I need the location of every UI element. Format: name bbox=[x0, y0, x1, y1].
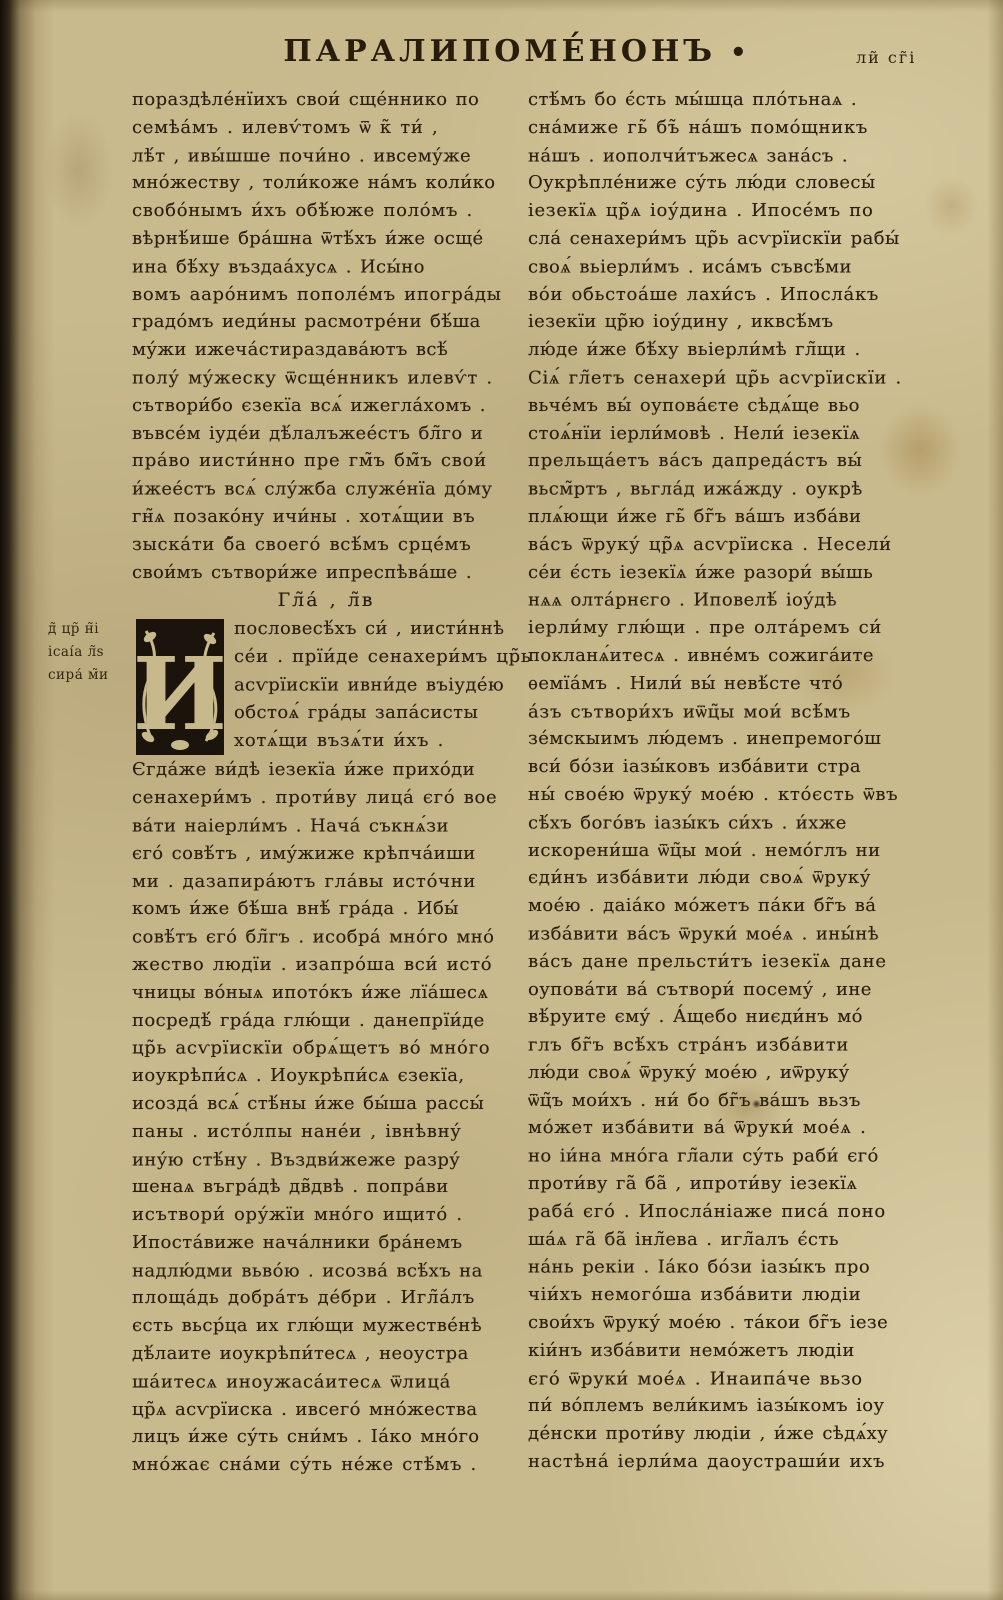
text-line: пораздѣле́нїихъ свои́ сще́ннико по bbox=[132, 86, 520, 114]
folio-number: ли̃ сг̃і bbox=[856, 48, 946, 67]
left-column-top-text: пораздѣле́нїихъ свои́ сще́ннико посемѣа́… bbox=[132, 86, 520, 586]
text-line: се́и . прїи́де сенахери́мъ цр̃ь bbox=[234, 643, 520, 671]
paper-stain bbox=[44, 110, 114, 230]
text-line: кіи́нъ изба́вити немо́жетъ людіи bbox=[528, 1337, 912, 1365]
text-line: стоѧ́нїи іерли́мовѣ . Нели́ іезекїѧ bbox=[528, 420, 912, 448]
text-line: во́и обьстоа́ше лахи́съ . Ипосла́къ bbox=[528, 281, 912, 309]
text-line: а́зъ сътвори́хъ иѿц̃ы мои́ всѣ́мъ bbox=[528, 698, 912, 726]
text-line: свобо́нымъ и́хъ обѣ́юже поло́мъ . bbox=[132, 197, 520, 225]
text-line: Сіѧ́ гл̃етъ сенахери́ цр̃ь асѵрїискїи . bbox=[528, 364, 912, 392]
chapter-heading: Гл̃а́ , л̃в bbox=[132, 586, 520, 615]
text-line: прельща́етъ ва́съ дапреда́стъ вы́ bbox=[528, 447, 912, 475]
margin-reference-line: ісаі́а л̃ѕ bbox=[48, 641, 132, 664]
text-line: градо́мъ иеди́ны расмотре́ни бѣ́ша bbox=[132, 308, 520, 336]
text-line: єго́ совѣ́тъ , иму́жиже крѣпча́иши bbox=[132, 840, 520, 868]
text-line: изба́вити ва́съ ѿруки́ мое́ѧ . ины́нѣ bbox=[528, 920, 912, 948]
text-line: площа́дь добра́тъ де́бри . Игл̃а́лъ bbox=[132, 1284, 520, 1312]
text-line: Єгда́же ви́дѣ іезекїа и́же прихо́ди bbox=[132, 756, 520, 784]
text-line: де́нски проти́ву людіи , и́же сѣдѧ́ху bbox=[528, 1420, 912, 1448]
text-line: мно́жає сна́ми су́ть не́же стѣ́мъ . bbox=[132, 1451, 520, 1479]
right-column: стѣ́мъ бо є́сть мы́шца пло́тьнаѧ .сна́ми… bbox=[528, 86, 912, 1476]
text-line: чіи́хъ немого́ша изба́вити людіи bbox=[528, 1281, 912, 1309]
text-line: се́и є́сть іезекїѧ и́же разори́ вы́шь bbox=[528, 559, 912, 587]
text-line: іерли́му глю́щи . пре олта́ремъ си́ bbox=[528, 614, 912, 642]
text-line: пра́во иисти́нно пре гм̃ъ бм̃ъ свои́ bbox=[132, 447, 520, 475]
text-line: плѧ́ющи и́же гь̃ бг̃ъ ва́шъ изба́ви bbox=[528, 503, 912, 531]
margin-reference-line: сира́ м̃и bbox=[48, 664, 132, 687]
text-line: но іи́на мно́га гл̃али су́ть раби́ єго́ bbox=[528, 1143, 912, 1171]
text-line: цр̃ь асѵрїискїи обрѧ́щетъ во́ мно́го bbox=[132, 1035, 520, 1063]
text-line: проти́ву га̃ ба̃ , ипроти́ву іезекїѧ bbox=[528, 1170, 912, 1198]
text-line: ша́итесѧ иноужаса́итесѧ ѿлица́ bbox=[132, 1368, 520, 1396]
text-line: пословесѣ́хъ си́ , иисти́ннѣ bbox=[234, 615, 520, 643]
page-title: ПАРАЛИПОМЕ́НОНЪ bbox=[283, 34, 716, 69]
text-line: вси́ бо́зи іазы́ковъ изба́вити стра bbox=[528, 753, 912, 781]
book-page: ПАРАЛИПОМЕ́НОНЪ• ли̃ сг̃і д̃ цр̃ н̃іісаі… bbox=[0, 0, 1003, 1600]
text-line: своѧ́ вьіерли́мъ . иса́мъ съвсѣ́ми bbox=[528, 253, 912, 281]
text-line: вьсм̃ртъ , вьгла́д ижа́жду . оукрѣ bbox=[528, 476, 912, 504]
margin-references: д̃ цр̃ н̃іісаі́а л̃ѕсира́ м̃и bbox=[48, 618, 132, 687]
text-line: исозда́ всѧ́ стѣ́ны и́же бы́ша рассы́ bbox=[132, 1090, 520, 1118]
text-line: и́жее́стъ всѧ́ слу́жба служе́нїа до́му bbox=[132, 476, 520, 504]
text-line: полу́ му́жеску ѿсще́нникъ илевѵ́т . bbox=[132, 364, 520, 392]
drop-cap-letter: И bbox=[136, 635, 224, 753]
text-line: настѣна́ іерли́ма даоустраши́и ихъ bbox=[528, 1448, 912, 1476]
text-line: хотѧ́щи възѧ́ти и́хъ . bbox=[234, 727, 520, 755]
text-line: вѣ́руите єму́ . А́щебо ниєди́нъ мо́ bbox=[528, 1003, 912, 1031]
paper-stain bbox=[924, 176, 978, 236]
text-line: лю́ди своѧ́ ѿруку́ мое́ю , иѿруку́ bbox=[528, 1059, 912, 1087]
text-line: вомъ ааро́нимъ пополе́мъ ипогра́ды bbox=[132, 281, 520, 309]
text-line: въвсе́м іуде́и дѣ́лалъжее́стъ бл̃го и bbox=[132, 420, 520, 448]
text-line: надлю́дми вьво́ю . исозва́ всѣ́хъ на bbox=[132, 1257, 520, 1285]
text-line: оупова́ти ва́ сътвори́ посему́ , ине bbox=[528, 976, 912, 1004]
text-line: совѣ́тъ єго́ бл̃гъ . исобра́ мно́го мно́ bbox=[132, 924, 520, 952]
text-line: єсть вьср́ца их глю́щи мужестве́нѣ bbox=[132, 1312, 520, 1340]
text-line: ѳемїа́мъ . Нили́ вы́ невѣ́сте что́ bbox=[528, 670, 912, 698]
text-line: асѵрїискїи ивни́де въіуде́ю bbox=[234, 671, 520, 699]
text-line: ину́ю стѣ́ну . Въздви́жеже разру́ bbox=[132, 1146, 520, 1174]
text-line: свои́мъ сътвори́же ипреспѣва́ше . bbox=[132, 559, 520, 587]
left-column-body-text: Єгда́же ви́дѣ іезекїа и́же прихо́дисенах… bbox=[132, 756, 520, 1479]
text-line: іезекїѧ цр̃ѧ іоу́дина . Ипосе́мъ по bbox=[528, 197, 912, 225]
text-line: сътвори́бо єзекїа всѧ́ ижегла́хомъ . bbox=[132, 392, 520, 420]
text-line: обстоѧ́ гра́ды запа́систы bbox=[234, 699, 520, 727]
text-line: на́шъ . иополчи́тъжесѧ зана́съ . bbox=[528, 142, 912, 170]
text-line: искорени́ша ѿц̃ы мои́ . немо́глъ ни bbox=[528, 837, 912, 865]
text-line: ша́ѧ га̃ ба̃ інл̃ева . игл̃алъ є́сть bbox=[528, 1226, 912, 1254]
text-line: вѣрнѣ́ише бра́шна ѿтѣ́хъ и́же осще́ bbox=[132, 225, 520, 253]
text-line: семѣа́мъ . илевѵ́томъ ѿ к̃ ти́ , bbox=[132, 114, 520, 142]
text-line: раба́ єго́ . Ипосла́ніаже писа́ поно bbox=[528, 1198, 912, 1226]
text-line: зе́мскыимъ лю́демъ . инепремого́ш bbox=[528, 725, 912, 753]
text-line: єди́нъ изба́вити лю́ди своѧ́ ѿруку́ bbox=[528, 864, 912, 892]
text-line: єго́ ѿруки́ мое́ѧ . Инаипа́че вьзо bbox=[528, 1365, 912, 1393]
text-line: глъ бг̃ъ всѣ́хъ стра́нъ изба́вити bbox=[528, 1032, 912, 1060]
text-line: стѣ́мъ бо є́сть мы́шца пло́тьнаѧ . bbox=[528, 86, 912, 114]
text-line: сѣ́хъ бого́въ іазы́къ си́хъ . и́хже bbox=[528, 809, 912, 837]
text-line: лю́де и́же бѣ́ху вьіерли́мѣ гл̃щи . bbox=[528, 336, 912, 364]
text-line: сла́ сенахери́мъ цр̃ь асѵрїискїи рабы́ bbox=[528, 225, 912, 253]
text-line: дѣ́лаите иоукрѣпи́тесѧ , неоустра bbox=[132, 1340, 520, 1368]
running-header: ПАРАЛИПОМЕ́НОНЪ• bbox=[150, 34, 880, 69]
text-line: жество людїи . изапро́ша вси́ исто́ bbox=[132, 951, 520, 979]
text-line: ва́съ дане прельсти́тъ іезекїѧ дане bbox=[528, 948, 912, 976]
text-line: ва́съ ѿруку́ цр̃ѧ асѵрїиска . Несели́ bbox=[528, 531, 912, 559]
text-line: зыска́ти б̃а своего́ всѣ́мъ срце́мъ bbox=[132, 531, 520, 559]
text-line: ми . дазапира́ютъ гла́вы исто́чни bbox=[132, 868, 520, 896]
left-column: пораздѣле́нїихъ свои́ сще́ннико посемѣа́… bbox=[132, 86, 520, 1479]
text-line: ва́ти наіерли́мъ . Нача́ съкнѧ́зи bbox=[132, 812, 520, 840]
text-line: на́нь рекіи . Іа́ко бо́зи іазы́къ про bbox=[528, 1254, 912, 1282]
text-line: исътвори́ ору́жїи мно́го ищито́ . bbox=[132, 1201, 520, 1229]
drop-cap-adjacent-text: пословесѣ́хъ си́ , иисти́ннѣсе́и . прїи́… bbox=[234, 615, 520, 754]
title-bullet: • bbox=[716, 38, 747, 68]
text-line: цр̃ѧ асѵрїиска . ивсего́ мно́жества bbox=[132, 1396, 520, 1424]
text-line: чницы во́ныѧ ипото́къ и́же лїа́шесѧ bbox=[132, 979, 520, 1007]
text-line: мно́жеству , толи́коже на́мъ коли́ко bbox=[132, 169, 520, 197]
text-line: ина бѣ́ху въздаа́хусѧ . Исы́но bbox=[132, 253, 520, 281]
text-line: посредѣ́ гра́да глю́щи . данепрїи́де bbox=[132, 1007, 520, 1035]
text-line: Оукрѣпле́ниже су́ть лю́ди словесы́ bbox=[528, 169, 912, 197]
text-line: шенаѧ въгра́дѣ дв̃двѣ . попра́ви bbox=[132, 1173, 520, 1201]
text-line: Ипоста́виже нача́лники бра́немъ bbox=[132, 1229, 520, 1257]
text-line: вьче́мъ вы́ оупова́єте сѣдѧ́ще вьо bbox=[528, 392, 912, 420]
text-line: ѿц̃ъ мои́хъ . ни́ бо бг̃ъ ва́шъ вьзъ bbox=[528, 1087, 912, 1115]
text-line: нѧѧ олта́рнєго . Иповелѣ́ іоу́дѣ bbox=[528, 587, 912, 615]
text-line: иоукрѣпи́сѧ . Иоукрѣпи́сѧ єзекїа, bbox=[132, 1062, 520, 1090]
text-line: комъ и́же бѣ́ша внѣ́ гра́да . Ибы́ bbox=[132, 895, 520, 923]
text-line: сенахери́мъ . проти́ву лица́ єго́ вое bbox=[132, 784, 520, 812]
chapter-opening-paragraph: И пословесѣ́хъ си́ , иисти́ннѣсе́и . прї… bbox=[132, 615, 520, 756]
text-line: лицъ и́же су́ть сни́мъ . Іа́ко мно́го bbox=[132, 1423, 520, 1451]
text-line: гн̃ѧ позако́ну ичи́ны . хотѧ́щии въ bbox=[132, 503, 520, 531]
text-line: свои́хъ ѿруку́ мое́ю . та́кои бг̃ъ іезе bbox=[528, 1309, 912, 1337]
text-line: іезекїи цр̃ю іоу́дину , иквсѣ́мъ bbox=[528, 308, 912, 336]
text-line: пи́ во́племъ вели́кимъ іазы́комъ іоу bbox=[528, 1392, 912, 1420]
drop-cap-initial: И bbox=[136, 619, 224, 755]
text-line: мо́жет изба́вити ва́ ѿруки́ мое́ѧ . bbox=[528, 1114, 912, 1142]
text-line: сна́миже гь̃ бъ̃ на́шъ помо́щникъ bbox=[528, 114, 912, 142]
text-line: мое́ю . даіа́ко мо́жетъ па́ки бг̃ъ ва́ bbox=[528, 892, 912, 920]
text-line: лѣ́т , ивы́шше почи́но . ивсему́же bbox=[132, 142, 520, 170]
text-line: му́жи ижеча́стираздава́ютъ всѣ́ bbox=[132, 336, 520, 364]
text-line: покланѧ́итесѧ . ивне́мъ сожига́ите bbox=[528, 642, 912, 670]
margin-reference-line: д̃ цр̃ н̃і bbox=[48, 618, 132, 641]
text-line: ны́ свое́ю ѿруку́ мое́ю . кто́єсть ѿвъ bbox=[528, 781, 912, 809]
text-line: паны . исто́лпы нане́и , івнѣвну́ bbox=[132, 1118, 520, 1146]
